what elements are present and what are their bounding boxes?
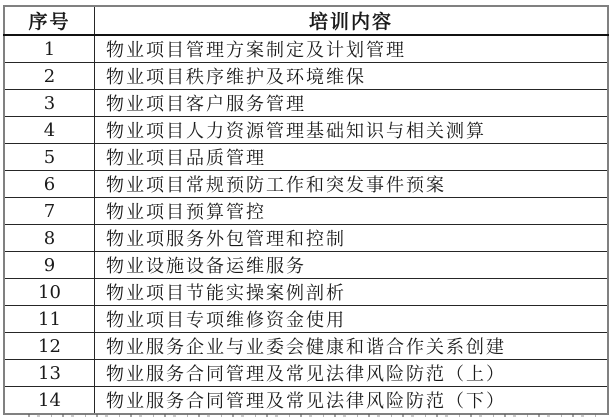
training-content-cell: 物业项目管理方案制定及计划管理 [95, 35, 609, 63]
row-number-cell: 4 [4, 117, 95, 144]
table-row: 4物业项目人力资源管理基础知识与相关测算 [4, 117, 608, 144]
training-content-cell: 物业项目预算管控 [95, 198, 609, 225]
row-number-cell: 8 [4, 225, 95, 252]
table-row: 7物业项目预算管控 [4, 198, 608, 225]
training-content-cell: 物业项目人力资源管理基础知识与相关测算 [95, 117, 609, 144]
training-content-cell: 物业服务合同管理及常见法律风险防范（上） [95, 360, 609, 387]
table-row: 10物业项目节能实操案例剖析 [4, 279, 608, 306]
row-number-cell: 11 [4, 306, 95, 333]
training-content-cell: 物业项目秩序维护及环境维保 [95, 63, 609, 90]
cropped-text-fragment [28, 414, 605, 418]
training-content-cell: 物业设施设备运维服务 [95, 252, 609, 279]
training-content-cell: 物业项目品质管理 [95, 144, 609, 171]
row-number-cell: 14 [4, 387, 95, 415]
training-content-table: 序号 培训内容 1物业项目管理方案制定及计划管理2物业项目秩序维护及环境维保3物… [3, 5, 609, 415]
training-content-cell: 物业项目专项维修资金使用 [95, 306, 609, 333]
training-content-cell: 物业服务企业与业委会健康和谐合作关系创建 [95, 333, 609, 360]
table-row: 11物业项目专项维修资金使用 [4, 306, 608, 333]
training-content-cell: 物业项目常规预防工作和突发事件预案 [95, 171, 609, 198]
table-body: 1物业项目管理方案制定及计划管理2物业项目秩序维护及环境维保3物业项目客户服务管… [4, 35, 608, 414]
training-content-cell: 物业项目客户服务管理 [95, 90, 609, 117]
table-row: 9物业设施设备运维服务 [4, 252, 608, 279]
row-number-cell: 12 [4, 333, 95, 360]
row-number-cell: 7 [4, 198, 95, 225]
table-row: 8物业项服务外包管理和控制 [4, 225, 608, 252]
page: 序号 培训内容 1物业项目管理方案制定及计划管理2物业项目秩序维护及环境维保3物… [0, 0, 615, 418]
table-row: 12物业服务企业与业委会健康和谐合作关系创建 [4, 333, 608, 360]
header-cell-content: 培训内容 [95, 6, 609, 35]
table-row: 5物业项目品质管理 [4, 144, 608, 171]
training-content-cell: 物业服务合同管理及常见法律风险防范（下） [95, 387, 609, 415]
row-number-cell: 2 [4, 63, 95, 90]
header-row: 序号 培训内容 [4, 6, 608, 35]
training-content-cell: 物业项服务外包管理和控制 [95, 225, 609, 252]
table-row: 2物业项目秩序维护及环境维保 [4, 63, 608, 90]
header-cell-no: 序号 [4, 6, 95, 35]
table-row: 3物业项目客户服务管理 [4, 90, 608, 117]
table-row: 13物业服务合同管理及常见法律风险防范（上） [4, 360, 608, 387]
table-row: 14物业服务合同管理及常见法律风险防范（下） [4, 387, 608, 415]
table-row: 1物业项目管理方案制定及计划管理 [4, 35, 608, 63]
row-number-cell: 6 [4, 171, 95, 198]
row-number-cell: 5 [4, 144, 95, 171]
table-header: 序号 培训内容 [4, 6, 608, 35]
row-number-cell: 13 [4, 360, 95, 387]
row-number-cell: 9 [4, 252, 95, 279]
row-number-cell: 3 [4, 90, 95, 117]
table-row: 6物业项目常规预防工作和突发事件预案 [4, 171, 608, 198]
row-number-cell: 1 [4, 35, 95, 63]
training-content-cell: 物业项目节能实操案例剖析 [95, 279, 609, 306]
row-number-cell: 10 [4, 279, 95, 306]
